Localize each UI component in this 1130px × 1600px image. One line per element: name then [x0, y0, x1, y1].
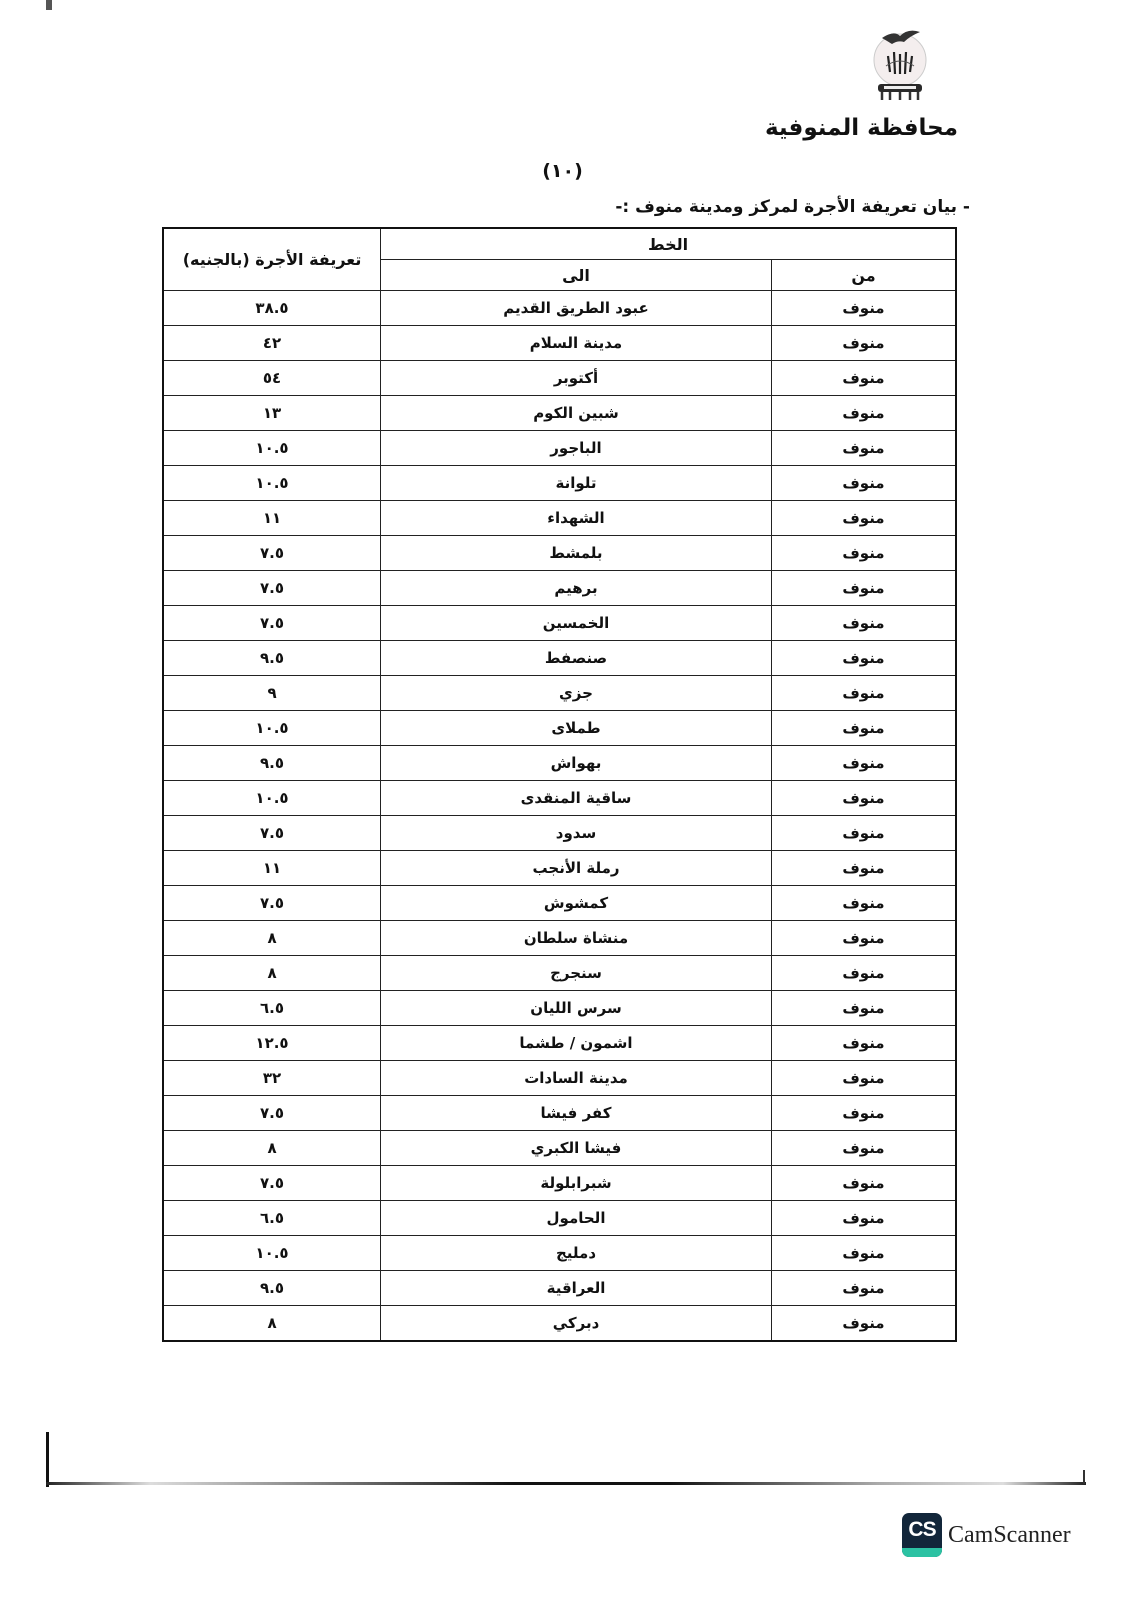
cell-from: منوف [771, 431, 956, 466]
cell-from: منوف [771, 851, 956, 886]
cell-fare: ١٠.٥ [163, 1236, 381, 1271]
page-edge [46, 1432, 49, 1487]
cell-fare: ٧.٥ [163, 571, 381, 606]
cell-fare: ٣٨.٥ [163, 291, 381, 326]
governorate-emblem-icon [864, 22, 936, 108]
table-row: منوفصنصفط٩.٥ [163, 641, 956, 676]
cell-to: تلوانة [381, 466, 772, 501]
cell-from: منوف [771, 606, 956, 641]
table-row: منوفأكتوبر٥٤ [163, 361, 956, 396]
cell-fare: ٧.٥ [163, 606, 381, 641]
cell-fare: ٩ [163, 676, 381, 711]
cell-to: الخمسين [381, 606, 772, 641]
cell-to: اشمون / طشما [381, 1026, 772, 1061]
cell-to: عبود الطريق القديم [381, 291, 772, 326]
cell-fare: ٦.٥ [163, 1201, 381, 1236]
cell-to: ساقية المنقدى [381, 781, 772, 816]
page-edge [46, 1482, 1086, 1485]
cell-from: منوف [771, 466, 956, 501]
cell-to: بلمشط [381, 536, 772, 571]
page-edge [1083, 1470, 1085, 1484]
cell-from: منوف [771, 1271, 956, 1306]
cell-from: منوف [771, 536, 956, 571]
header-line: الخط [381, 228, 956, 260]
cell-to: العراقية [381, 1271, 772, 1306]
cell-fare: ٣٢ [163, 1061, 381, 1096]
cell-fare: ٧.٥ [163, 1096, 381, 1131]
cell-fare: ٧.٥ [163, 886, 381, 921]
table-row: منوفشبرابلولة٧.٥ [163, 1166, 956, 1201]
cell-from: منوف [771, 991, 956, 1026]
cell-to: برهيم [381, 571, 772, 606]
cell-from: منوف [771, 641, 956, 676]
cell-fare: ١١ [163, 851, 381, 886]
cell-from: منوف [771, 921, 956, 956]
table-row: منوفالحامول٦.٥ [163, 1201, 956, 1236]
cell-fare: ٦.٥ [163, 991, 381, 1026]
cell-fare: ١٠.٥ [163, 711, 381, 746]
cell-fare: ١٠.٥ [163, 466, 381, 501]
table-row: منوفمدينة السلام٤٢ [163, 326, 956, 361]
cell-to: رملة الأنجب [381, 851, 772, 886]
cell-from: منوف [771, 1306, 956, 1342]
cell-fare: ١٢.٥ [163, 1026, 381, 1061]
cell-to: كمشوش [381, 886, 772, 921]
cell-to: الحامول [381, 1201, 772, 1236]
cell-from: منوف [771, 956, 956, 991]
cell-to: أكتوبر [381, 361, 772, 396]
cell-fare: ١٠.٥ [163, 781, 381, 816]
cell-fare: ٧.٥ [163, 1166, 381, 1201]
cell-from: منوف [771, 676, 956, 711]
cell-to: سنجرج [381, 956, 772, 991]
cell-to: بهواش [381, 746, 772, 781]
cell-from: منوف [771, 571, 956, 606]
table-row: منوفكمشوش٧.٥ [163, 886, 956, 921]
cell-fare: ١١ [163, 501, 381, 536]
cell-from: منوف [771, 1026, 956, 1061]
governorate-name: محافظة المنوفية [765, 115, 958, 141]
table-row: منوفسنجرج٨ [163, 956, 956, 991]
fare-table-body: منوفعبود الطريق القديم٣٨.٥منوفمدينة السل… [163, 291, 956, 1342]
cell-fare: ٩.٥ [163, 1271, 381, 1306]
table-row: منوفتلوانة١٠.٥ [163, 466, 956, 501]
cell-from: منوف [771, 361, 956, 396]
cell-to: سرس الليان [381, 991, 772, 1026]
table-caption: - بيان تعريفة الأجرة لمركز ومدينة منوف :… [615, 197, 970, 217]
cell-from: منوف [771, 291, 956, 326]
cell-fare: ١٠.٥ [163, 431, 381, 466]
cell-from: منوف [771, 1166, 956, 1201]
table-row: منوفساقية المنقدى١٠.٥ [163, 781, 956, 816]
cell-from: منوف [771, 886, 956, 921]
cell-fare: ٨ [163, 956, 381, 991]
cell-fare: ٨ [163, 1306, 381, 1342]
table-row: منوفكفر فيشا٧.٥ [163, 1096, 956, 1131]
cell-fare: ١٣ [163, 396, 381, 431]
camscanner-logo-icon: CS [902, 1513, 942, 1557]
table-row: منوفبلمشط٧.٥ [163, 536, 956, 571]
cell-from: منوف [771, 816, 956, 851]
cell-from: منوف [771, 1201, 956, 1236]
header-fare: تعريفة الأجرة (بالجنيه) [163, 228, 381, 291]
cell-from: منوف [771, 711, 956, 746]
scan-edge-mark [46, 0, 52, 10]
camscanner-name: CamScanner [948, 1522, 1071, 1549]
table-row: منوفالعراقية٩.٥ [163, 1271, 956, 1306]
table-row: منوفجزي٩ [163, 676, 956, 711]
cell-to: الباجور [381, 431, 772, 466]
cell-to: شبرابلولة [381, 1166, 772, 1201]
cell-fare: ٨ [163, 1131, 381, 1166]
cell-from: منوف [771, 326, 956, 361]
cell-to: دمليج [381, 1236, 772, 1271]
table-row: منوفمدينة السادات٣٢ [163, 1061, 956, 1096]
cell-to: جزي [381, 676, 772, 711]
cell-to: دبركي [381, 1306, 772, 1342]
table-row: منوفالشهداء١١ [163, 501, 956, 536]
cell-fare: ٩.٥ [163, 641, 381, 676]
table-row: منوفسدود٧.٥ [163, 816, 956, 851]
table-row: منوفرملة الأنجب١١ [163, 851, 956, 886]
cell-to: شبين الكوم [381, 396, 772, 431]
camscanner-watermark: CS CamScanner [902, 1513, 1071, 1557]
cell-to: فيشا الكبري [381, 1131, 772, 1166]
table-row: منوفعبود الطريق القديم٣٨.٥ [163, 291, 956, 326]
cell-to: منشاة سلطان [381, 921, 772, 956]
cell-to: سدود [381, 816, 772, 851]
table-row: منوفدمليج١٠.٥ [163, 1236, 956, 1271]
table-row: منوفدبركي٨ [163, 1306, 956, 1342]
table-row: منوففيشا الكبري٨ [163, 1131, 956, 1166]
cell-to: الشهداء [381, 501, 772, 536]
cell-to: صنصفط [381, 641, 772, 676]
cell-from: منوف [771, 1096, 956, 1131]
cell-fare: ٤٢ [163, 326, 381, 361]
table-row: منوفسرس الليان٦.٥ [163, 991, 956, 1026]
cell-from: منوف [771, 1236, 956, 1271]
cell-to: طملاى [381, 711, 772, 746]
fare-table: الخط تعريفة الأجرة (بالجنيه) من الى منوف… [162, 227, 957, 1342]
cell-to: مدينة السادات [381, 1061, 772, 1096]
header-from: من [771, 260, 956, 291]
cell-from: منوف [771, 1131, 956, 1166]
cell-from: منوف [771, 1061, 956, 1096]
table-row: منوفمنشاة سلطان٨ [163, 921, 956, 956]
cell-to: مدينة السلام [381, 326, 772, 361]
table-row: منوفالباجور١٠.٥ [163, 431, 956, 466]
table-row: منوفبهواش٩.٥ [163, 746, 956, 781]
header-to: الى [381, 260, 772, 291]
cell-from: منوف [771, 781, 956, 816]
table-row: منوفاشمون / طشما١٢.٥ [163, 1026, 956, 1061]
cell-from: منوف [771, 746, 956, 781]
cell-fare: ٧.٥ [163, 816, 381, 851]
cell-fare: ٨ [163, 921, 381, 956]
table-row: منوفشبين الكوم١٣ [163, 396, 956, 431]
cell-from: منوف [771, 501, 956, 536]
page-number: (١٠) [540, 160, 585, 182]
table-row: منوفبرهيم٧.٥ [163, 571, 956, 606]
table-row: منوفالخمسين٧.٥ [163, 606, 956, 641]
cell-fare: ٥٤ [163, 361, 381, 396]
cell-from: منوف [771, 396, 956, 431]
cell-to: كفر فيشا [381, 1096, 772, 1131]
table-row: منوفطملاى١٠.٥ [163, 711, 956, 746]
cell-fare: ٩.٥ [163, 746, 381, 781]
cell-fare: ٧.٥ [163, 536, 381, 571]
